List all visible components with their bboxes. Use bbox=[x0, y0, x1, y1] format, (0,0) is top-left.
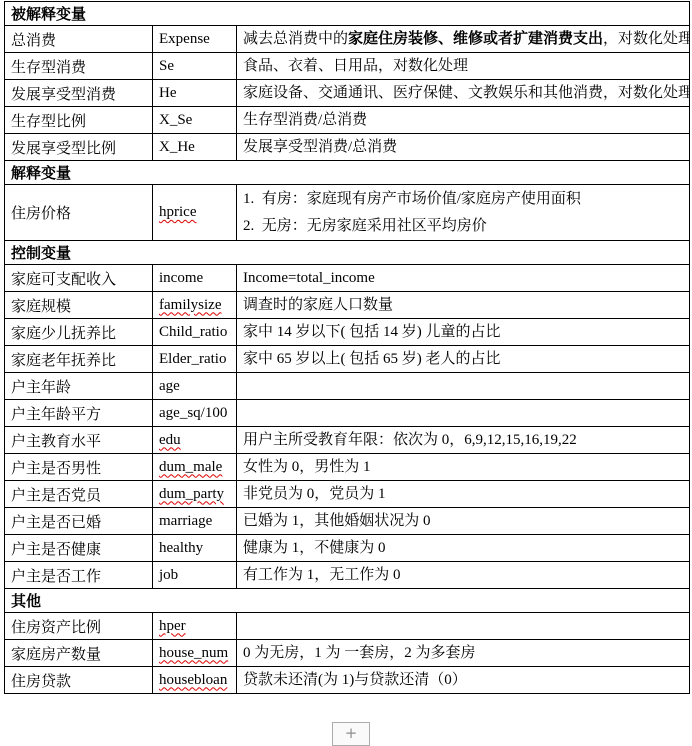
description-text: 食品、衣着、日用品，对数化处理 bbox=[243, 58, 468, 74]
variable-description: 健康为 1，不健康为 0 bbox=[237, 535, 690, 562]
variable-label: 家庭房产数量 bbox=[5, 640, 153, 667]
variable-code: job bbox=[153, 562, 237, 589]
variable-label: 住房贷款 bbox=[5, 667, 153, 694]
variable-description: 用户主所受教育年限：依次为 0，6,9,12,15,16,19,22 bbox=[237, 427, 690, 454]
table-row: 家庭可支配收入incomeIncome=total_income bbox=[5, 265, 690, 292]
variable-label: 发展享受型比例 bbox=[5, 134, 153, 161]
description-line: 生存型消费/总消费 bbox=[243, 107, 683, 133]
table-row: 发展享受型消费He家庭设备、交通通讯、医疗保健、文教娱乐和其他消费，对数化处理 bbox=[5, 80, 690, 107]
description-line: 非党员为 0，党员为 1 bbox=[243, 481, 683, 507]
description-text: 发展享受型消费/总消费 bbox=[243, 139, 397, 155]
variable-code-text: X_He bbox=[159, 139, 195, 155]
variables-table-body: 被解释变量总消费Expense减去总消费中的家庭住房装修、维修或者扩建消费支出，… bbox=[5, 2, 690, 694]
description-text: Income=total_income bbox=[243, 270, 375, 286]
description-line: 用户主所受教育年限：依次为 0，6,9,12,15,16,19,22 bbox=[243, 427, 683, 453]
description-line: 1. 有房：家庭现有房产市场价值/家庭房产使用面积 bbox=[243, 186, 683, 213]
description-line: 食品、衣着、日用品，对数化处理 bbox=[243, 53, 683, 79]
description-line: 有工作为 1，无工作为 0 bbox=[243, 562, 683, 588]
variable-label: 户主是否党员 bbox=[5, 481, 153, 508]
variable-label: 生存型消费 bbox=[5, 53, 153, 80]
variable-description: 减去总消费中的家庭住房装修、维修或者扩建消费支出，对数化处理 bbox=[237, 26, 690, 53]
variable-code-text: Child_ratio bbox=[159, 324, 227, 340]
table-row: 发展享受型比例X_He发展享受型消费/总消费 bbox=[5, 134, 690, 161]
variable-label: 家庭少儿抚养比 bbox=[5, 319, 153, 346]
variable-description bbox=[237, 373, 690, 400]
variable-description: 0 为无房，1 为 一套房，2 为多套房 bbox=[237, 640, 690, 667]
description-text: 0 为无房，1 为 一套房，2 为多套房 bbox=[243, 645, 476, 661]
variable-code: hper bbox=[153, 613, 237, 640]
variable-code-text: X_Se bbox=[159, 112, 192, 128]
description-line: 2. 无房：无房家庭采用社区平均房价 bbox=[243, 213, 683, 240]
variable-code: dum_party bbox=[153, 481, 237, 508]
variable-code: hprice bbox=[153, 185, 237, 241]
variable-description: 食品、衣着、日用品，对数化处理 bbox=[237, 53, 690, 80]
variable-code-text: Elder_ratio bbox=[159, 351, 226, 367]
description-text: 非党员为 0，党员为 1 bbox=[243, 486, 386, 502]
description-text: 用户主所受教育年限：依次为 0，6,9,12,15,16,19,22 bbox=[243, 432, 577, 448]
variable-description: 家庭设备、交通通讯、医疗保健、文教娱乐和其他消费，对数化处理 bbox=[237, 80, 690, 107]
table-row: 总消费Expense减去总消费中的家庭住房装修、维修或者扩建消费支出，对数化处理 bbox=[5, 26, 690, 53]
variable-code-text-misspelled: familysize bbox=[159, 297, 221, 313]
description-line: 家中 65 岁以上( 包括 65 岁) 老人的占比 bbox=[243, 346, 683, 372]
section-title: 解释变量 bbox=[5, 161, 690, 185]
description-text: 1. 有房：家庭现有房产市场价值/家庭房产使用面积 bbox=[243, 191, 581, 207]
variable-code: Child_ratio bbox=[153, 319, 237, 346]
variable-code: house_num bbox=[153, 640, 237, 667]
variable-description: 调查时的家庭人口数量 bbox=[237, 292, 690, 319]
description-text: 贷款未还清(为 1)与贷款还清（0） bbox=[243, 672, 467, 688]
variable-code: income bbox=[153, 265, 237, 292]
variable-label: 户主年龄 bbox=[5, 373, 153, 400]
variable-label: 总消费 bbox=[5, 26, 153, 53]
table-row: 户主是否已婚marriage已婚为 1，其他婚姻状况为 0 bbox=[5, 508, 690, 535]
table-row: 住房贷款housebloan贷款未还清(为 1)与贷款还清（0） bbox=[5, 667, 690, 694]
variable-code-text: marriage bbox=[159, 513, 212, 529]
variable-label: 户主是否男性 bbox=[5, 454, 153, 481]
variable-label: 家庭规模 bbox=[5, 292, 153, 319]
variable-description: Income=total_income bbox=[237, 265, 690, 292]
table-row: 住房资产比例hper bbox=[5, 613, 690, 640]
variable-label: 生存型比例 bbox=[5, 107, 153, 134]
variable-code-text-misspelled: dum_party bbox=[159, 486, 224, 502]
table-row: 家庭规模familysize调查时的家庭人口数量 bbox=[5, 292, 690, 319]
description-line: Income=total_income bbox=[243, 265, 683, 291]
variable-code: Se bbox=[153, 53, 237, 80]
description-line: 家中 14 岁以下( 包括 14 岁) 儿童的占比 bbox=[243, 319, 683, 345]
variable-code: healthy bbox=[153, 535, 237, 562]
variable-description bbox=[237, 400, 690, 427]
description-line: 健康为 1，不健康为 0 bbox=[243, 535, 683, 561]
variable-label: 户主是否健康 bbox=[5, 535, 153, 562]
description-text: 女性为 0，男性为 1 bbox=[243, 459, 371, 475]
variable-description: 女性为 0，男性为 1 bbox=[237, 454, 690, 481]
variable-description: 发展享受型消费/总消费 bbox=[237, 134, 690, 161]
variable-description: 家中 65 岁以上( 包括 65 岁) 老人的占比 bbox=[237, 346, 690, 373]
variable-code: Expense bbox=[153, 26, 237, 53]
description-line: 贷款未还清(为 1)与贷款还清（0） bbox=[243, 667, 683, 693]
variables-table: 被解释变量总消费Expense减去总消费中的家庭住房装修、维修或者扩建消费支出，… bbox=[4, 1, 690, 694]
description-text: 家庭设备、交通通讯、医疗保健、文教娱乐和其他消费，对数化处理 bbox=[243, 85, 690, 101]
variable-code-text: income bbox=[159, 270, 203, 286]
table-row: 户主是否健康healthy健康为 1，不健康为 0 bbox=[5, 535, 690, 562]
variable-code-text-misspelled: housebloan bbox=[159, 672, 227, 688]
table-row: 户主是否党员dum_party非党员为 0，党员为 1 bbox=[5, 481, 690, 508]
description-text: 生存型消费/总消费 bbox=[243, 112, 367, 128]
table-row: 户主教育水平edu用户主所受教育年限：依次为 0，6,9,12,15,16,19… bbox=[5, 427, 690, 454]
variable-description: 非党员为 0，党员为 1 bbox=[237, 481, 690, 508]
variable-code-text-misspelled: hprice bbox=[159, 204, 196, 220]
variable-label: 家庭老年抚养比 bbox=[5, 346, 153, 373]
section-header-row: 其他 bbox=[5, 589, 690, 613]
variable-code: Elder_ratio bbox=[153, 346, 237, 373]
variable-code: age_sq/100 bbox=[153, 400, 237, 427]
section-title: 其他 bbox=[5, 589, 690, 613]
variable-code: marriage bbox=[153, 508, 237, 535]
description-text: 家中 14 岁以下( 包括 14 岁) 儿童的占比 bbox=[243, 324, 501, 340]
table-row: 户主年龄age bbox=[5, 373, 690, 400]
section-title: 被解释变量 bbox=[5, 2, 690, 26]
table-row: 家庭少儿抚养比Child_ratio家中 14 岁以下( 包括 14 岁) 儿童… bbox=[5, 319, 690, 346]
variable-code-text: age_sq/100 bbox=[159, 405, 227, 421]
variable-code: X_Se bbox=[153, 107, 237, 134]
variable-code-text-misspelled: house_num bbox=[159, 645, 228, 661]
variable-code-text: age bbox=[159, 378, 180, 394]
table-row: 家庭房产数量house_num0 为无房，1 为 一套房，2 为多套房 bbox=[5, 640, 690, 667]
variable-label: 住房资产比例 bbox=[5, 613, 153, 640]
description-text: 家中 65 岁以上( 包括 65 岁) 老人的占比 bbox=[243, 351, 501, 367]
variable-label: 户主教育水平 bbox=[5, 427, 153, 454]
description-bold-text: 家庭住房装修、维修或者扩建消费支出 bbox=[348, 31, 603, 47]
section-header-row: 控制变量 bbox=[5, 241, 690, 265]
description-line: 已婚为 1，其他婚姻状况为 0 bbox=[243, 508, 683, 534]
variable-description: 已婚为 1，其他婚姻状况为 0 bbox=[237, 508, 690, 535]
table-row: 户主是否工作job有工作为 1，无工作为 0 bbox=[5, 562, 690, 589]
table-row: 户主是否男性dum_male女性为 0，男性为 1 bbox=[5, 454, 690, 481]
description-text: 已婚为 1，其他婚姻状况为 0 bbox=[243, 513, 431, 529]
description-text: 有工作为 1，无工作为 0 bbox=[243, 567, 401, 583]
table-row: 户主年龄平方age_sq/100 bbox=[5, 400, 690, 427]
variable-label: 户主是否工作 bbox=[5, 562, 153, 589]
variable-code-text-misspelled: hper bbox=[159, 618, 186, 634]
table-row: 生存型消费Se食品、衣着、日用品，对数化处理 bbox=[5, 53, 690, 80]
variable-description: 有工作为 1，无工作为 0 bbox=[237, 562, 690, 589]
variable-description: 1. 有房：家庭现有房产市场价值/家庭房产使用面积2. 无房：无房家庭采用社区平… bbox=[237, 185, 690, 241]
variable-code: dum_male bbox=[153, 454, 237, 481]
variable-description: 家中 14 岁以下( 包括 14 岁) 儿童的占比 bbox=[237, 319, 690, 346]
variable-code: He bbox=[153, 80, 237, 107]
description-line: 调查时的家庭人口数量 bbox=[243, 292, 683, 318]
description-line: 发展享受型消费/总消费 bbox=[243, 134, 683, 160]
variable-code: familysize bbox=[153, 292, 237, 319]
variable-description: 生存型消费/总消费 bbox=[237, 107, 690, 134]
variable-code-text-misspelled: dum_male bbox=[159, 459, 222, 475]
description-line: 女性为 0，男性为 1 bbox=[243, 454, 683, 480]
description-line: 家庭设备、交通通讯、医疗保健、文教娱乐和其他消费，对数化处理 bbox=[243, 80, 683, 106]
variable-description bbox=[237, 613, 690, 640]
variable-description: 贷款未还清(为 1)与贷款还清（0） bbox=[237, 667, 690, 694]
description-line: 0 为无房，1 为 一套房，2 为多套房 bbox=[243, 640, 683, 666]
variable-code: X_He bbox=[153, 134, 237, 161]
section-header-row: 被解释变量 bbox=[5, 2, 690, 26]
variable-label: 户主是否已婚 bbox=[5, 508, 153, 535]
description-text: 调查时的家庭人口数量 bbox=[243, 297, 393, 313]
description-text: 2. 无房：无房家庭采用社区平均房价 bbox=[243, 218, 487, 234]
variable-label: 家庭可支配收入 bbox=[5, 265, 153, 292]
add-row-button[interactable]: + bbox=[332, 722, 370, 737]
variable-code-text: healthy bbox=[159, 540, 203, 556]
section-title: 控制变量 bbox=[5, 241, 690, 265]
variable-code-text: He bbox=[159, 85, 177, 101]
table-row: 生存型比例X_Se生存型消费/总消费 bbox=[5, 107, 690, 134]
variable-label: 户主年龄平方 bbox=[5, 400, 153, 427]
section-header-row: 解释变量 bbox=[5, 161, 690, 185]
variable-code: age bbox=[153, 373, 237, 400]
variable-label: 住房价格 bbox=[5, 185, 153, 241]
variable-label: 发展享受型消费 bbox=[5, 80, 153, 107]
variable-code-text-misspelled: edu bbox=[159, 432, 181, 448]
variable-code: edu bbox=[153, 427, 237, 454]
description-line: 减去总消费中的家庭住房装修、维修或者扩建消费支出，对数化处理 bbox=[243, 26, 683, 52]
table-row: 家庭老年抚养比Elder_ratio家中 65 岁以上( 包括 65 岁) 老人… bbox=[5, 346, 690, 373]
variable-code-text: Se bbox=[159, 58, 174, 74]
variable-code: housebloan bbox=[153, 667, 237, 694]
variable-code-text: Expense bbox=[159, 31, 210, 47]
variable-code-text: job bbox=[159, 567, 178, 583]
description-text: ，对数化处理 bbox=[603, 31, 690, 47]
description-text: 减去总消费中的 bbox=[243, 31, 348, 47]
description-text: 健康为 1，不健康为 0 bbox=[243, 540, 386, 556]
table-row: 住房价格hprice1. 有房：家庭现有房产市场价值/家庭房产使用面积2. 无房… bbox=[5, 185, 690, 241]
